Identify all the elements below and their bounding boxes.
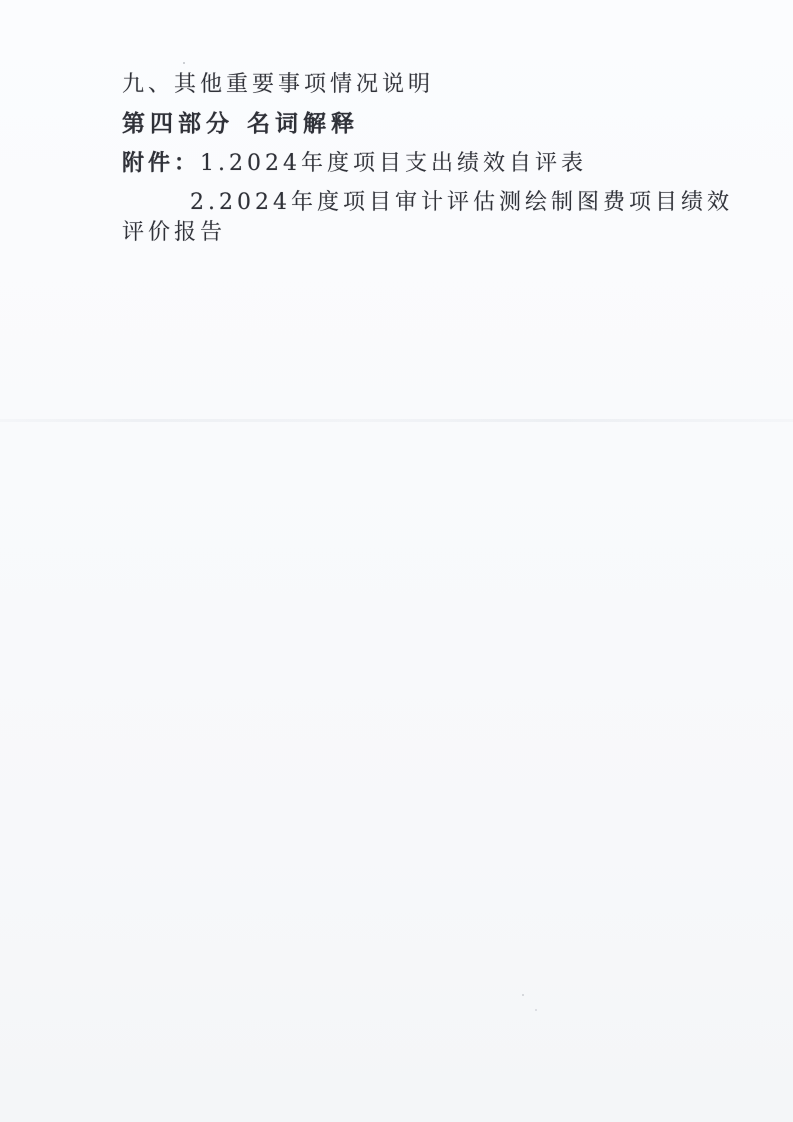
dust-speck	[535, 1009, 537, 1011]
attachment-item-2: 2.2024年度项目审计评估测绘制图费项目绩效	[122, 188, 722, 218]
document-page: 九、其他重要事项情况说明 第四部分 名词解释 附件：1.2024年度项目支出绩效…	[0, 0, 793, 1122]
attachment-item-2-continuation: 评价报告	[122, 218, 722, 248]
attachments-line: 附件：1.2024年度项目支出绩效自评表	[122, 148, 722, 179]
dust-speck	[522, 994, 524, 996]
section-heading: 九、其他重要事项情况说明	[122, 70, 722, 100]
scan-artifact-band	[0, 419, 793, 422]
document-text-block: 九、其他重要事项情况说明 第四部分 名词解释 附件：1.2024年度项目支出绩效…	[122, 70, 722, 257]
attachment-item-1: 1.2024年度项目支出绩效自评表	[200, 151, 587, 176]
dust-speck	[183, 62, 185, 64]
attachments-label: 附件：	[122, 150, 200, 176]
part-heading: 第四部分 名词解释	[122, 109, 722, 139]
